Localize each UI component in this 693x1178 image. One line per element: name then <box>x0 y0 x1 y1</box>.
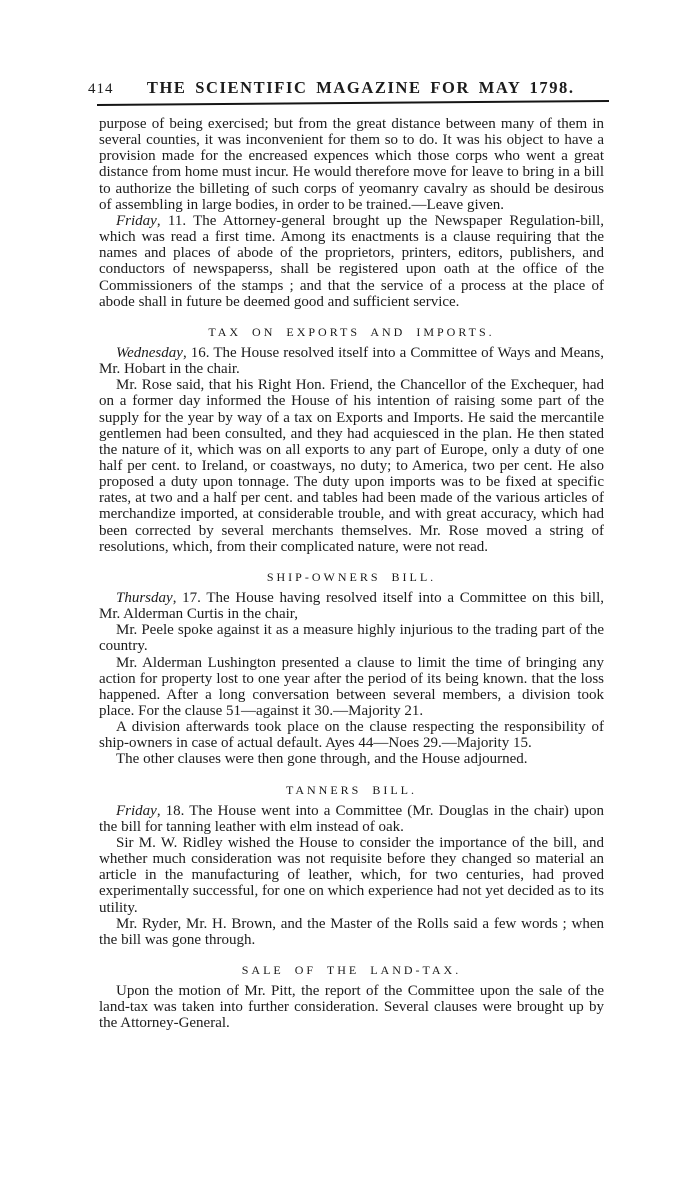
body-text-block: purpose of being exercised; but from the… <box>99 116 604 1032</box>
section-heading: TAX ON EXPORTS AND IMPORTS. <box>99 325 604 340</box>
body-paragraph: Sir M. W. Ridley wished the House to con… <box>99 835 604 916</box>
section-heading: SALE OF THE LAND-TAX. <box>99 963 604 978</box>
paragraph-text: , 11. The Attorney-general brought up th… <box>99 213 604 310</box>
paragraph-text: Mr. Peele spoke against it as a measure … <box>99 622 604 654</box>
paragraph-text: Sir M. W. Ridley wished the House to con… <box>99 835 604 916</box>
page-header: 414 THE SCIENTIFIC MAGAZINE FOR MAY 1798… <box>88 78 608 98</box>
body-paragraph: Thursday, 17. The House having resolved … <box>99 590 604 622</box>
date-lead: Wednesday <box>116 345 183 361</box>
body-paragraph: Upon the motion of Mr. Pitt, the report … <box>99 983 604 1031</box>
body-paragraph: Friday, 18. The House went into a Commit… <box>99 803 604 835</box>
section-heading: TANNERS BILL. <box>99 783 604 798</box>
date-lead: Friday <box>116 213 157 229</box>
date-lead: Thursday <box>116 590 173 606</box>
date-lead: Friday <box>116 803 157 819</box>
paragraph-text: Mr. Alderman Lushington presented a clau… <box>99 655 604 719</box>
body-paragraph: purpose of being exercised; but from the… <box>99 116 604 213</box>
scanned-magazine-page: 414 THE SCIENTIFIC MAGAZINE FOR MAY 1798… <box>0 0 693 1178</box>
page-title: THE SCIENTIFIC MAGAZINE FOR MAY 1798. <box>114 78 609 98</box>
paragraph-text: , 17. The House having resolved itself i… <box>99 590 604 622</box>
paragraph-text: The other clauses were then gone through… <box>116 751 528 767</box>
body-paragraph: Mr. Peele spoke against it as a measure … <box>99 622 604 654</box>
body-paragraph: Friday, 11. The Attorney-general brought… <box>99 213 604 310</box>
paragraph-text: Mr. Ryder, Mr. H. Brown, and the Master … <box>99 916 604 948</box>
paragraph-text: , 18. The House went into a Committee (M… <box>99 803 604 835</box>
paragraph-text: A division afterwards took place on the … <box>99 719 604 751</box>
paragraph-text: purpose of being exercised; but from the… <box>99 116 604 213</box>
body-paragraph: Mr. Ryder, Mr. H. Brown, and the Master … <box>99 916 604 948</box>
body-paragraph: Mr. Alderman Lushington presented a clau… <box>99 655 604 720</box>
header-rule <box>97 100 609 106</box>
section-heading: SHIP-OWNERS BILL. <box>99 570 604 585</box>
paragraph-text: Mr. Rose said, that his Right Hon. Frien… <box>99 377 604 555</box>
page-number: 414 <box>88 81 114 98</box>
paragraph-text: Upon the motion of Mr. Pitt, the report … <box>99 983 604 1031</box>
body-paragraph: Mr. Rose said, that his Right Hon. Frien… <box>99 377 604 555</box>
body-paragraph: Wednesday, 16. The House resolved itself… <box>99 345 604 377</box>
body-paragraph: The other clauses were then gone through… <box>99 751 604 767</box>
body-paragraph: A division afterwards took place on the … <box>99 719 604 751</box>
